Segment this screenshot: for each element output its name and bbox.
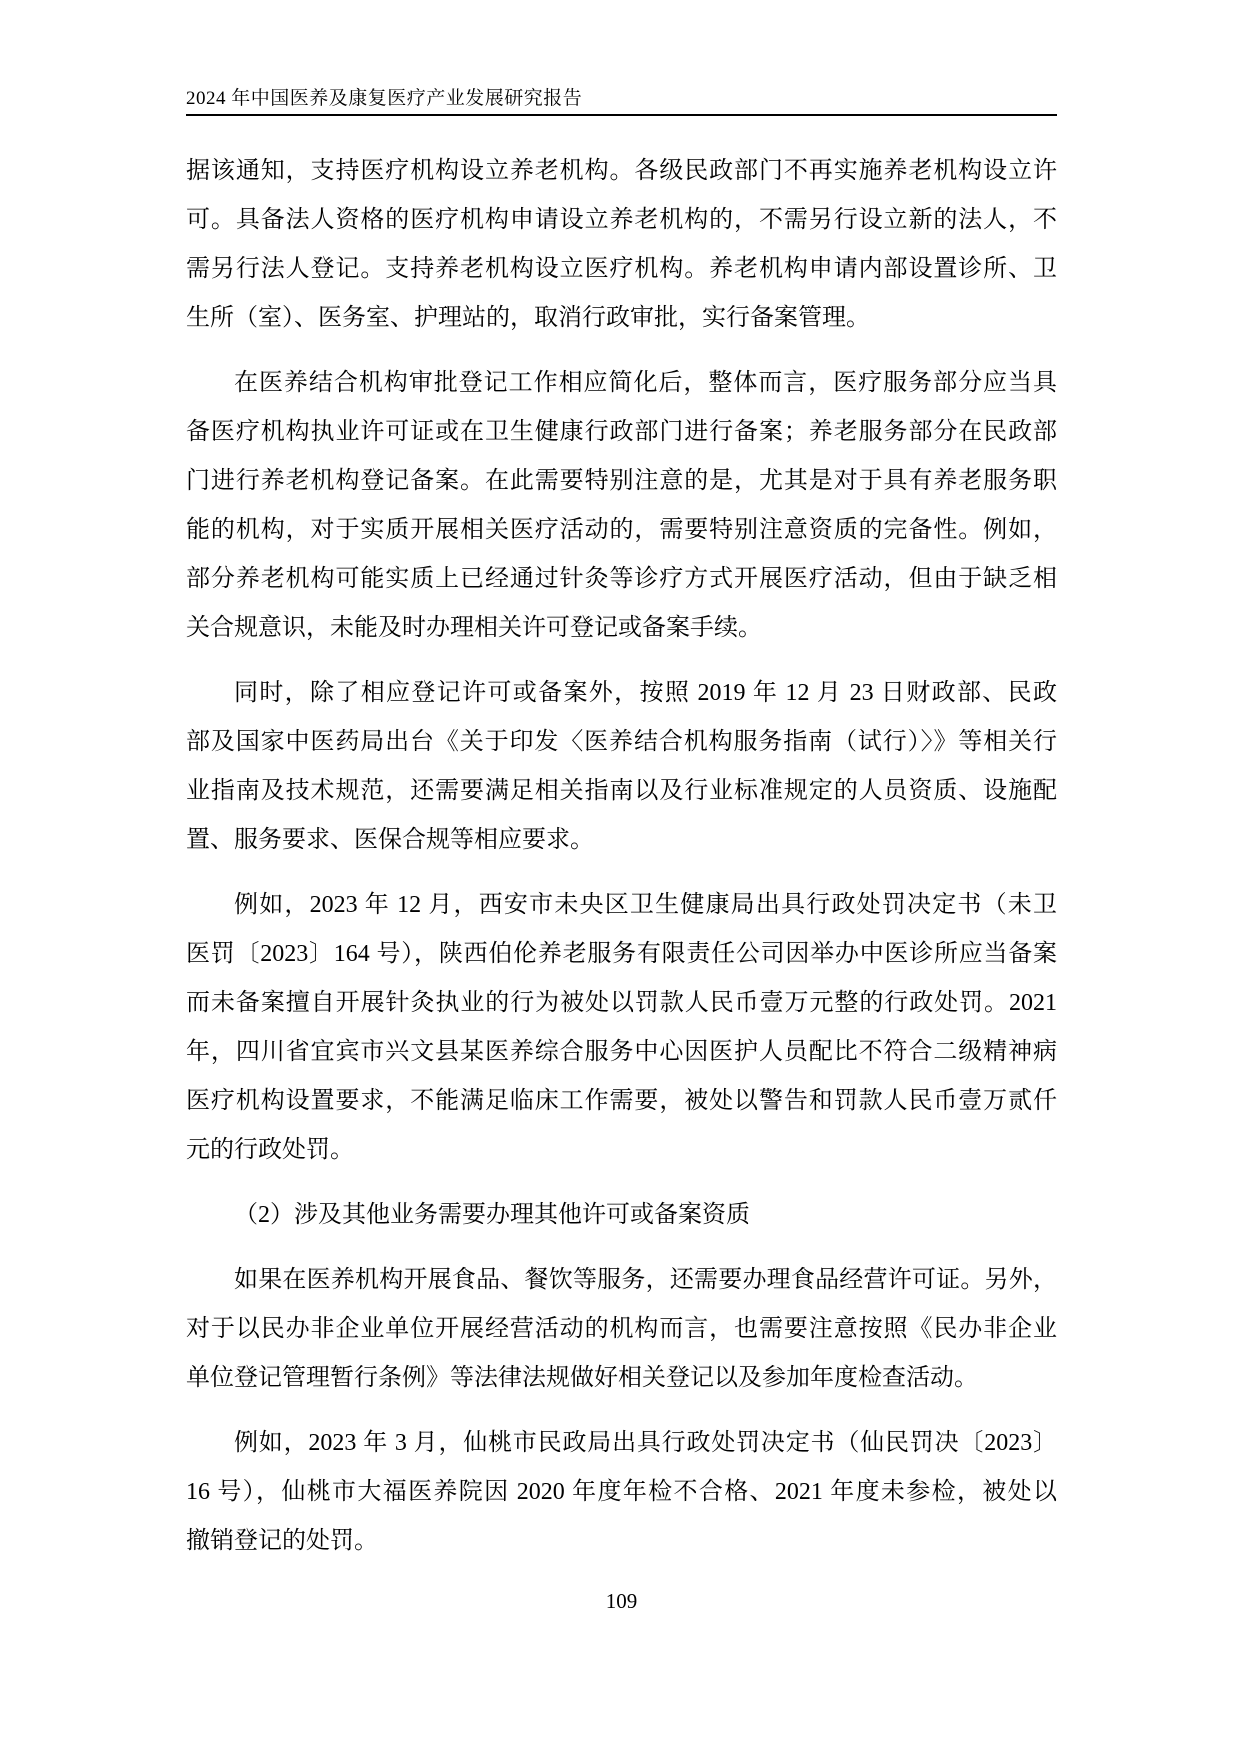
paragraph: 例如，2023 年 12 月，西安市未央区卫生健康局出具行政处罚决定书（未卫 医… xyxy=(186,881,1057,1175)
paragraph-line: 如果在医养机构开展食品、餐饮等服务，还需要办理食品经营许可证。另外， xyxy=(186,1256,1057,1305)
paragraph: 据该通知，支持医疗机构设立养老机构。各级民政部门不再实施养老机构设立许 可。具备… xyxy=(186,147,1057,343)
paragraph-line: 医罚〔2023〕164 号），陕西伯伦养老服务有限责任公司因举办中医诊所应当备案 xyxy=(186,930,1057,979)
paragraph: 如果在医养机构开展食品、餐饮等服务，还需要办理食品经营许可证。另外， 对于以民办… xyxy=(186,1256,1057,1403)
paragraph-line: 可。具备法人资格的医疗机构申请设立养老机构的，不需另行设立新的法人，不 xyxy=(186,196,1057,245)
paragraph-line: 部及国家中医药局出台《关于印发〈医养结合机构服务指南（试行）〉》等相关行 xyxy=(186,718,1057,767)
page-body: 据该通知，支持医疗机构设立养老机构。各级民政部门不再实施养老机构设立许 可。具备… xyxy=(186,147,1057,1582)
page-number: 109 xyxy=(186,1588,1057,1614)
paragraph: 同时，除了相应登记许可或备案外，按照 2019 年 12 月 23 日财政部、民… xyxy=(186,669,1057,865)
paragraph-line: 置、服务要求、医保合规等相应要求。 xyxy=(186,816,1057,865)
paragraph-line: 16 号），仙桃市大福医养院因 2020 年度年检不合格、2021 年度未参检，… xyxy=(186,1468,1057,1517)
paragraph-line: 例如，2023 年 3 月，仙桃市民政局出具行政处罚决定书（仙民罚决〔2023〕 xyxy=(186,1419,1057,1468)
section-heading: （2）涉及其他业务需要办理其他许可或备案资质 xyxy=(186,1191,1057,1240)
paragraph-line: 例如，2023 年 12 月，西安市未央区卫生健康局出具行政处罚决定书（未卫 xyxy=(186,881,1057,930)
paragraph-line: 同时，除了相应登记许可或备案外，按照 2019 年 12 月 23 日财政部、民… xyxy=(186,669,1057,718)
paragraph-line: 在医养结合机构审批登记工作相应简化后，整体而言，医疗服务部分应当具 xyxy=(186,359,1057,408)
header-rule xyxy=(186,114,1057,116)
paragraph-line: 能的机构，对于实质开展相关医疗活动的，需要特别注意资质的完备性。例如， xyxy=(186,506,1057,555)
paragraph-line: 关合规意识，未能及时办理相关许可登记或备案手续。 xyxy=(186,604,1057,653)
paragraph-line: 医疗机构设置要求，不能满足临床工作需要，被处以警告和罚款人民币壹万贰仟 xyxy=(186,1077,1057,1126)
page-footer: 109 xyxy=(186,1588,1057,1614)
paragraph-line: 门进行养老机构登记备案。在此需要特别注意的是，尤其是对于具有养老服务职 xyxy=(186,457,1057,506)
paragraph-line: 单位登记管理暂行条例》等法律法规做好相关登记以及参加年度检查活动。 xyxy=(186,1354,1057,1403)
paragraph-line: 生所（室）、医务室、护理站的，取消行政审批，实行备案管理。 xyxy=(186,294,1057,343)
paragraph-line: 部分养老机构可能实质上已经通过针灸等诊疗方式开展医疗活动，但由于缺乏相 xyxy=(186,555,1057,604)
paragraph-line: 对于以民办非企业单位开展经营活动的机构而言，也需要注意按照《民办非企业 xyxy=(186,1305,1057,1354)
paragraph-line: 年，四川省宜宾市兴文县某医养综合服务中心因医护人员配比不符合二级精神病 xyxy=(186,1028,1057,1077)
paragraph-line: 撤销登记的处罚。 xyxy=(186,1517,1057,1566)
heading-line: （2）涉及其他业务需要办理其他许可或备案资质 xyxy=(186,1191,1057,1240)
paragraph-line: 而未备案擅自开展针灸执业的行为被处以罚款人民币壹万元整的行政处罚。2021 xyxy=(186,979,1057,1028)
header-title: 2024 年中国医养及康复医疗产业发展研究报告 xyxy=(186,88,1057,110)
page-header: 2024 年中国医养及康复医疗产业发展研究报告 xyxy=(186,88,1057,116)
paragraph-line: 据该通知，支持医疗机构设立养老机构。各级民政部门不再实施养老机构设立许 xyxy=(186,147,1057,196)
paragraph: 在医养结合机构审批登记工作相应简化后，整体而言，医疗服务部分应当具 备医疗机构执… xyxy=(186,359,1057,653)
paragraph-line: 业指南及技术规范，还需要满足相关指南以及行业标准规定的人员资质、设施配 xyxy=(186,767,1057,816)
paragraph: 例如，2023 年 3 月，仙桃市民政局出具行政处罚决定书（仙民罚决〔2023〕… xyxy=(186,1419,1057,1566)
paragraph-line: 元的行政处罚。 xyxy=(186,1126,1057,1175)
document-page: 2024 年中国医养及康复医疗产业发展研究报告 据该通知，支持医疗机构设立养老机… xyxy=(0,0,1240,1754)
paragraph-line: 备医疗机构执业许可证或在卫生健康行政部门进行备案；养老服务部分在民政部 xyxy=(186,408,1057,457)
paragraph-line: 需另行法人登记。支持养老机构设立医疗机构。养老机构申请内部设置诊所、卫 xyxy=(186,245,1057,294)
